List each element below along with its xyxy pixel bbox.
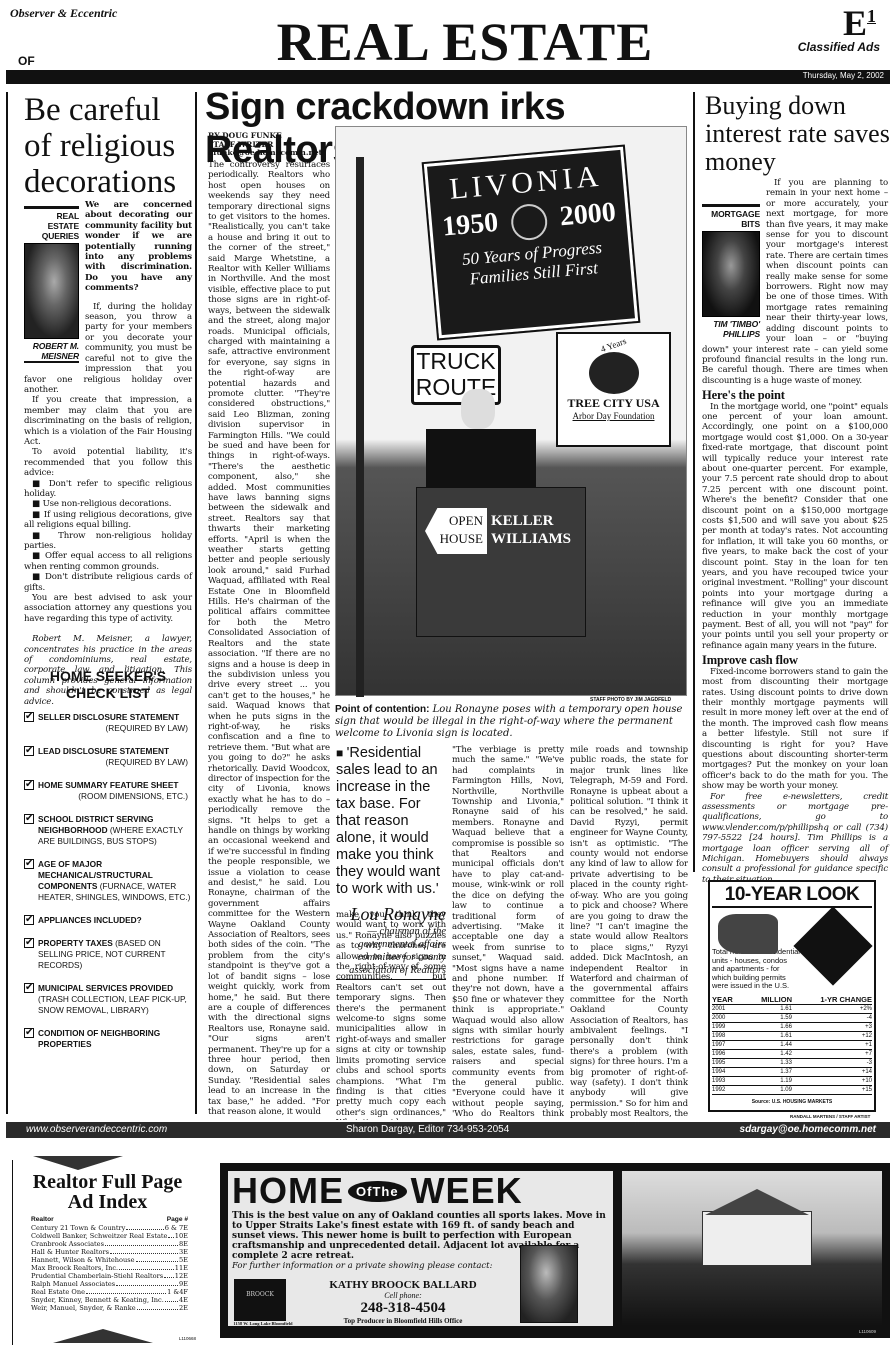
ad-index-row: Real Estate One1 &4F: [13, 1288, 202, 1296]
editor-email[interactable]: sdargay@oe.homecomm.net: [740, 1124, 876, 1135]
website-link[interactable]: www.observerandeccentric.com: [26, 1124, 167, 1135]
main-article-col1: The controversy resurfaces periodically.…: [208, 160, 330, 1120]
author-bio: For free e-newsletters, credit assessmen…: [702, 792, 888, 886]
photo-caption: Point of contention: Lou Ronayne poses w…: [335, 704, 687, 740]
livonia-sign: LIVONIA 19502000 50 Years of Progress Fa…: [424, 147, 638, 339]
ad-title: HOMEOfTheWEEK: [232, 1173, 609, 1209]
checkmark-icon: ✔: [24, 780, 34, 790]
column-rule: [693, 92, 695, 872]
us-map-icon: [718, 914, 778, 954]
byline-email: dfunke@oe.homecomm.net: [208, 149, 333, 158]
agent-name: KATHY BROOCK BALLARD: [308, 1279, 498, 1291]
subhead: Improve cash flow: [702, 655, 888, 665]
section-letter: E: [843, 3, 867, 43]
paragraph: You are best advised to ask your associa…: [24, 593, 192, 624]
main-article-col3: "The verbiage is pretty much the same." …: [452, 745, 564, 1120]
checklist-item: ✔PROPERTY TAXES (BASED ON SELLING PRICE,…: [24, 938, 192, 971]
agent-phone[interactable]: 248-318-4504: [308, 1300, 498, 1317]
chart-description: Total number of residential units - hous…: [712, 948, 800, 991]
footer-bar: www.observerandeccentric.com Sharon Darg…: [6, 1122, 890, 1138]
ad-index-row: Max Broock Realtors, Inc.11E: [13, 1264, 202, 1272]
columnist-photo: [702, 231, 760, 317]
ten-year-look-chart: 10-YEAR LOOK Total number of residential…: [708, 880, 876, 1112]
main-article-col4: mile roads and township public roads, th…: [570, 745, 688, 1120]
table-row: 19931.19+10: [712, 1076, 872, 1085]
home-seeker-checklist: HOME SEEKER'SCHECK LIST ✔SELLER DISCLOSU…: [24, 668, 192, 1062]
permits-table: YEARMILLION1-YR CHANGE 20011.61+2% 20001…: [712, 995, 872, 1095]
reader-question: We are concerned about decorating our co…: [85, 200, 192, 293]
right-article-body: MORTGAGE BITS TIM 'TIMBO' PHILLIPS If yo…: [702, 178, 888, 885]
table-row: 19961.42+7: [712, 1049, 872, 1058]
table-row: 20011.61+2%: [712, 1004, 872, 1013]
checklist-item: ✔MUNICIPAL SERVICES PROVIDED (TRASH COLL…: [24, 983, 192, 1016]
checklist-item: ✔SCHOOL DISTRICT SERVING NEIGHBORHOOD (W…: [24, 814, 192, 847]
ad-index-row: Hall & Hunter Realtors3E: [13, 1248, 202, 1256]
paragraph: If you create that impression, a member …: [24, 395, 192, 447]
ad-index-row: Weir, Manuel, Snyder, & Ranke2E: [13, 1304, 202, 1312]
checklist-title: HOME SEEKER'SCHECK LIST: [24, 668, 192, 702]
ad-index-row: Prudential Chamberlain-Stiehl Realtors12…: [13, 1272, 202, 1280]
banner-chevron-top: [33, 1156, 123, 1170]
realtor-ad-index: Realtor Full PageAd Index RealtorPage # …: [12, 1160, 202, 1345]
agent-tagline: Top Producer in Bloomfield Hills Office: [308, 1317, 498, 1325]
office-logo: BROOCK: [234, 1279, 286, 1321]
issue-date: Thursday, May 2, 2002: [803, 71, 884, 80]
main-article-col2: make you think they would want to work w…: [336, 910, 446, 1120]
ad-index-row: Hannett, Wilson & Whitehouse5E: [13, 1256, 202, 1264]
advice-bullet: Don't distribute religious cards of gift…: [24, 572, 192, 592]
chart-credit: RANDALL MARTENS / STAFF ARTIST: [790, 1114, 870, 1119]
paragraph: In the mortgage world, one "point" equal…: [702, 402, 888, 652]
article-photo: LIVONIA 19502000 50 Years of Progress Fa…: [335, 126, 687, 696]
editor-contact: Sharon Dargay, Editor 734-953-2054: [346, 1124, 509, 1135]
of-the-oval: OfThe: [348, 1181, 407, 1202]
ad-index-title: Realtor Full PageAd Index: [13, 1172, 202, 1212]
left-headline: Be careful of religious decorations: [24, 92, 194, 200]
section-title: REAL ESTATE: [260, 12, 670, 72]
open-house-sign: OPENHOUSE KELLERWILLIAMS: [416, 487, 586, 637]
ad-index-row: Century 21 Town & Country6 & 7E: [13, 1224, 202, 1232]
columnist-name: ROBERT M. MEISNER: [24, 339, 79, 363]
checkmark-icon: ✔: [24, 712, 34, 722]
subhead: Here's the point: [702, 390, 888, 400]
advice-bullet: Offer equal access to all religions when…: [24, 551, 192, 571]
ad-index-header: RealtorPage #: [13, 1216, 202, 1224]
ad-index-row: Ralph Manuel Associates9E: [13, 1280, 202, 1288]
open-house-arrow: OPENHOUSE: [425, 508, 487, 554]
checklist-item: ✔AGE OF MAJOR MECHANICAL/STRUCTURAL COMP…: [24, 859, 192, 903]
columnist-box: MORTGAGE BITS TIM 'TIMBO' PHILLIPS: [702, 204, 760, 339]
keller-williams-logo: KELLERWILLIAMS: [491, 512, 571, 548]
table-row: 19951.33-3: [712, 1058, 872, 1067]
advice-bullet: Throw non-religious holiday parties.: [24, 531, 192, 551]
date-bar: Thursday, May 2, 2002: [6, 70, 890, 84]
city-seal-icon: [510, 203, 549, 242]
chart-source: Source: U.S. HOUSING MARKETS: [712, 1099, 872, 1105]
office-address: 1158 W. Long Lake Bloomfield Hills: [232, 1321, 294, 1331]
checkmark-icon: ✔: [24, 983, 34, 993]
table-row: 19991.66+3: [712, 1022, 872, 1031]
section-title-first: REAL: [277, 12, 428, 72]
advice-bullet: Don't refer to specific religious holida…: [24, 479, 192, 499]
table-row: 19941.37+14: [712, 1067, 872, 1076]
byline: BY DOUG FUNKE STAFF WRITER dfunke@oe.hom…: [208, 132, 333, 158]
checklist-item: ✔SELLER DISCLOSURE STATEMENT(REQUIRED BY…: [24, 712, 192, 734]
ad-index-row: Snyder, Kinney, Bennett & Keating, Inc.4…: [13, 1296, 202, 1304]
masthead-of-label: OF: [18, 54, 35, 68]
checkmark-icon: ✔: [24, 746, 34, 756]
tree-city-sign: 4 Years TREE CITY USA Arbor Day Foundati…: [556, 332, 671, 447]
agent-contact: KATHY BROOCK BALLARD Cell phone: 248-318…: [308, 1279, 498, 1325]
column-rule: [6, 92, 8, 1114]
diamond-graphic: [793, 906, 872, 985]
checkmark-icon: ✔: [24, 915, 34, 925]
column-tag: MORTGAGE BITS: [702, 204, 760, 229]
ad-code: L110668: [179, 1336, 196, 1341]
column-tag: REAL ESTATE QUERIES: [24, 206, 79, 241]
home-of-the-week-ad: HOMEOfTheWEEK This is the best value on …: [220, 1163, 890, 1338]
paragraph: To avoid potential liability, it's recom…: [24, 447, 192, 478]
house-shape: [702, 1211, 812, 1266]
publication-name: Observer & Eccentric: [10, 6, 117, 21]
checkmark-icon: ✔: [24, 938, 34, 948]
checkmark-icon: ✔: [24, 814, 34, 824]
checklist-item: ✔CONDITION OF NEIGHBORING PROPERTIES: [24, 1028, 192, 1050]
advice-bullet: If using religious decorations, give all…: [24, 510, 192, 530]
ad-index-row: Coldwell Banker, Schweitzer Real Estate1…: [13, 1232, 202, 1240]
checkmark-icon: ✔: [24, 1028, 34, 1038]
left-question: REAL ESTATE QUERIES ROBERT M. MEISNER We…: [24, 200, 192, 707]
column-rule: [195, 92, 197, 1114]
ad-index-row: Cranbrook Associates8E: [13, 1240, 202, 1248]
agent-photo: [520, 1245, 578, 1323]
table-row: 19971.44+1: [712, 1040, 872, 1049]
tree-icon: [589, 352, 639, 394]
ad-content: HOMEOfTheWEEK This is the best value on …: [228, 1171, 613, 1326]
checkmark-icon: ✔: [24, 859, 34, 869]
person-head: [461, 389, 495, 429]
pull-quote-text: 'Residential sales lead to an increase i…: [336, 745, 440, 897]
section-title-second: ESTATE: [442, 12, 653, 72]
checklist-item: ✔LEAD DISCLOSURE STATEMENT(REQUIRED BY L…: [24, 746, 192, 768]
photo-credit: STAFF PHOTO BY JIM JAGDFELD: [590, 697, 671, 703]
advice-bullet: Use non-religious decorations.: [43, 499, 172, 509]
sign-pole: [356, 157, 364, 697]
columnist-name: TIM 'TIMBO' PHILLIPS: [702, 317, 760, 339]
checklist-item: ✔HOME SUMMARY FEATURE SHEET(ROOM DIMENSI…: [24, 780, 192, 802]
columnist-box: REAL ESTATE QUERIES ROBERT M. MEISNER: [24, 206, 79, 363]
table-row: 19921.09+15: [712, 1085, 872, 1094]
banner-chevron-bottom: [53, 1329, 153, 1343]
columnist-photo: [24, 243, 79, 339]
checklist-item: ✔APPLIANCES INCLUDED?: [24, 915, 192, 926]
section-subtitle: Classified Ads: [798, 40, 880, 54]
section-page-code: E1: [843, 2, 876, 44]
cell-label: Cell phone:: [308, 1291, 498, 1300]
table-row: 19981.61+12: [712, 1031, 872, 1040]
ad-code: L110609: [859, 1329, 876, 1334]
chart-title: 10-YEAR LOOK: [712, 884, 872, 908]
section-page-number: 1: [867, 6, 876, 26]
house-photo: [622, 1171, 882, 1326]
table-row: 20001.59-4: [712, 1013, 872, 1022]
right-headline: Buying down interest rate saves money: [705, 92, 890, 176]
paragraph: Fixed-income borrowers stand to gain the…: [702, 667, 888, 792]
